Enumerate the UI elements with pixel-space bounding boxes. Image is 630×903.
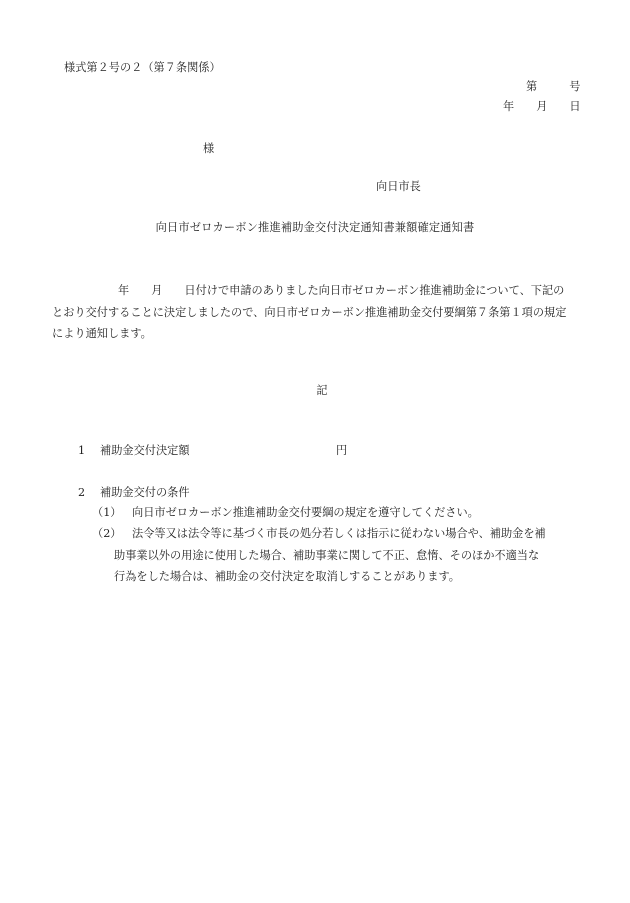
body-line-2: とおり交付することに決定しましたので、向日市ゼロカーボン推進補助金交付要綱第７条… [52, 302, 592, 324]
body-month: 月 [151, 284, 162, 297]
condition-number: （2） [92, 523, 132, 545]
form-number: 様式第２号の２（第７条関係） [64, 61, 221, 75]
document-number-suffix: 号 [569, 80, 580, 93]
item-grant-amount: 1補助金交付決定額円 [78, 444, 347, 458]
condition-number: （1） [92, 502, 132, 524]
issue-date: 年月日 [503, 100, 581, 114]
body-year: 年 [118, 284, 129, 297]
ki-heading: 記 [0, 384, 630, 398]
body-line-1: 年月日付けで申請のありました向日市ゼロカーボン推進補助金について、下記の [52, 280, 592, 302]
date-month: 月 [536, 100, 547, 113]
condition-line: 行為をした場合は、補助金の交付決定を取消しすることがあります。 [92, 566, 546, 588]
date-day: 日 [569, 100, 580, 113]
document-title: 向日市ゼロカーボン推進補助金交付決定通知書兼額確定通知書 [0, 221, 630, 235]
item-label: 補助金交付決定額 [100, 444, 244, 458]
item-conditions: 2補助金交付の条件 [78, 486, 190, 500]
condition-line: 法令等又は法令等に基づく市長の処分若しくは指示に従わない場合や、補助金を補 [132, 527, 546, 540]
condition-line: 向日市ゼロカーボン推進補助金交付要綱の規定を遵守してください。 [132, 506, 479, 519]
condition-2: （2）法令等又は法令等に基づく市長の処分若しくは指示に従わない場合や、補助金を補… [92, 523, 546, 588]
condition-1: （1）向日市ゼロカーボン推進補助金交付要綱の規定を遵守してください。 [92, 502, 479, 524]
item-unit: 円 [336, 444, 347, 457]
date-year: 年 [503, 100, 514, 113]
document-number: 第号 [526, 80, 580, 94]
body-line-1-rest: 日付けで申請のありました向日市ゼロカーボン推進補助金について、下記の [184, 284, 564, 297]
addressee: 様 [203, 142, 214, 156]
body-line-3: により通知します。 [52, 323, 592, 345]
item-label: 補助金交付の条件 [100, 486, 190, 499]
condition-line: 助事業以外の用途に使用した場合、補助事業に関して不正、怠惰、そのほか不適当な [92, 545, 546, 567]
document-number-prefix: 第 [526, 80, 537, 93]
issuer: 向日市長 [376, 180, 421, 194]
body-paragraph: 年月日付けで申請のありました向日市ゼロカーボン推進補助金について、下記の とおり… [52, 280, 592, 345]
item-number: 2 [78, 486, 100, 500]
item-number: 1 [78, 444, 100, 458]
